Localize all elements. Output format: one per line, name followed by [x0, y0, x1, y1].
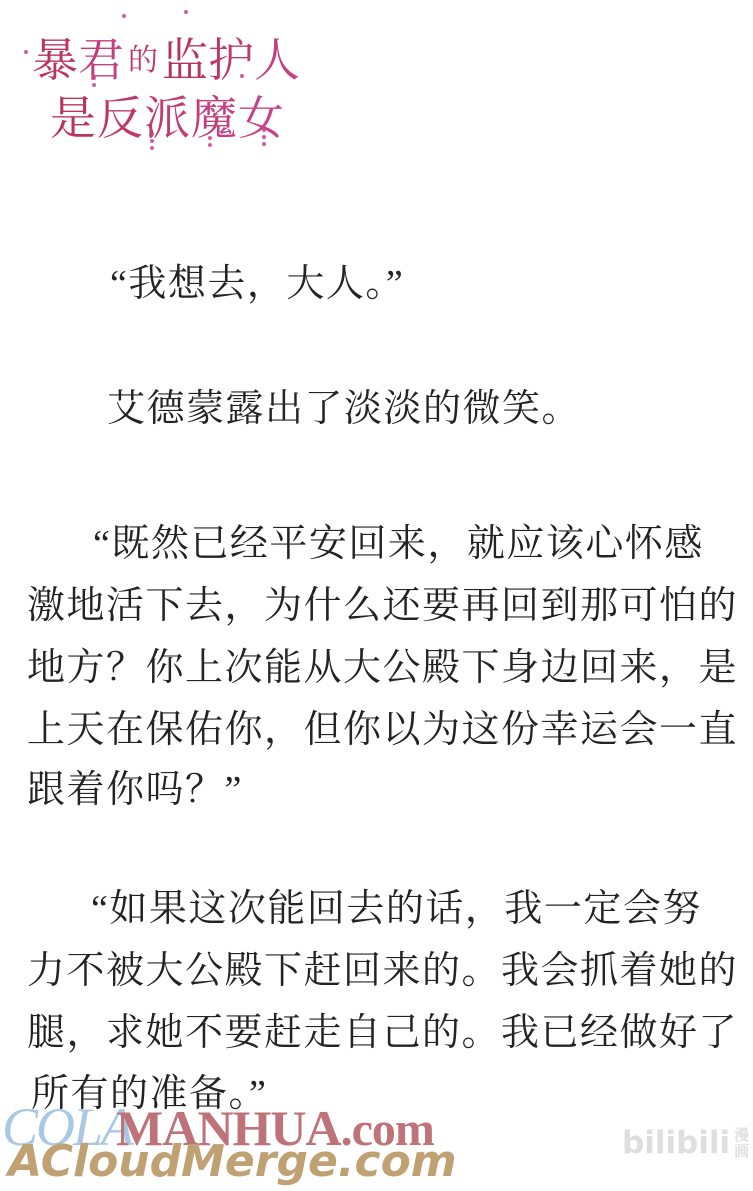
- sparkle-dot: [240, 74, 244, 78]
- watermark-bilibili: bilibili 漫 画: [622, 1126, 749, 1160]
- sparkle-dot: [122, 14, 126, 18]
- sparkle-dot: [208, 136, 212, 140]
- manga-char-bottom: 画: [734, 1143, 749, 1159]
- dialogue-line: “我想去，大人。”: [110, 262, 404, 306]
- sparkle-dot: [262, 128, 266, 132]
- watermark-acloudmerge: ACloudMerge.com: [8, 1138, 457, 1186]
- sparkle-dot: [150, 132, 154, 136]
- dialogue-line: “既然已经平安回来，就应该心怀感: [93, 522, 704, 566]
- manga-char-top: 漫: [734, 1127, 749, 1143]
- dialogue-line: 跟着你吗？”: [27, 768, 243, 812]
- bilibili-manga-label: 漫 画: [734, 1127, 749, 1159]
- logo-text-part1: 暴君: [32, 35, 124, 86]
- bilibili-logo-text: bilibili: [622, 1126, 730, 1160]
- dialogue-line: 上天在保佑你，但你以为这份幸运会一直: [27, 708, 738, 752]
- dialogue-line: 地方？你上次能从大公殿下身边回来，是: [27, 646, 738, 690]
- comic-text-page: 暴君 的 监护人 是反派魔女 “我想去，大人。” 艾德蒙露出了淡淡的微笑。 “既…: [0, 0, 753, 1191]
- sparkle-dot: [92, 76, 96, 80]
- dialogue-line: “如果这次能回去的话，我一定会努: [91, 887, 702, 931]
- narration-line: 艾德蒙露出了淡淡的微笑。: [107, 387, 581, 431]
- series-logo: 暴君 的 监护人 是反派魔女: [32, 24, 272, 154]
- logo-title-line1: 暴君 的 监护人: [32, 24, 300, 90]
- dialogue-line: 激地活下去，为什么还要再回到那可怕的: [27, 584, 738, 628]
- logo-text-part3: 监护人: [162, 35, 300, 86]
- sparkle-dot: [184, 10, 188, 14]
- dialogue-line: 腿，求她不要赶走自己的。我已经做好了: [27, 1011, 738, 1055]
- sparkle-dot: [24, 50, 28, 54]
- logo-title-line2: 是反派魔女: [50, 82, 285, 148]
- logo-text-part2: 的: [128, 44, 158, 77]
- dialogue-line: 力不被大公殿下赶回来的。我会抓着她的: [27, 949, 738, 993]
